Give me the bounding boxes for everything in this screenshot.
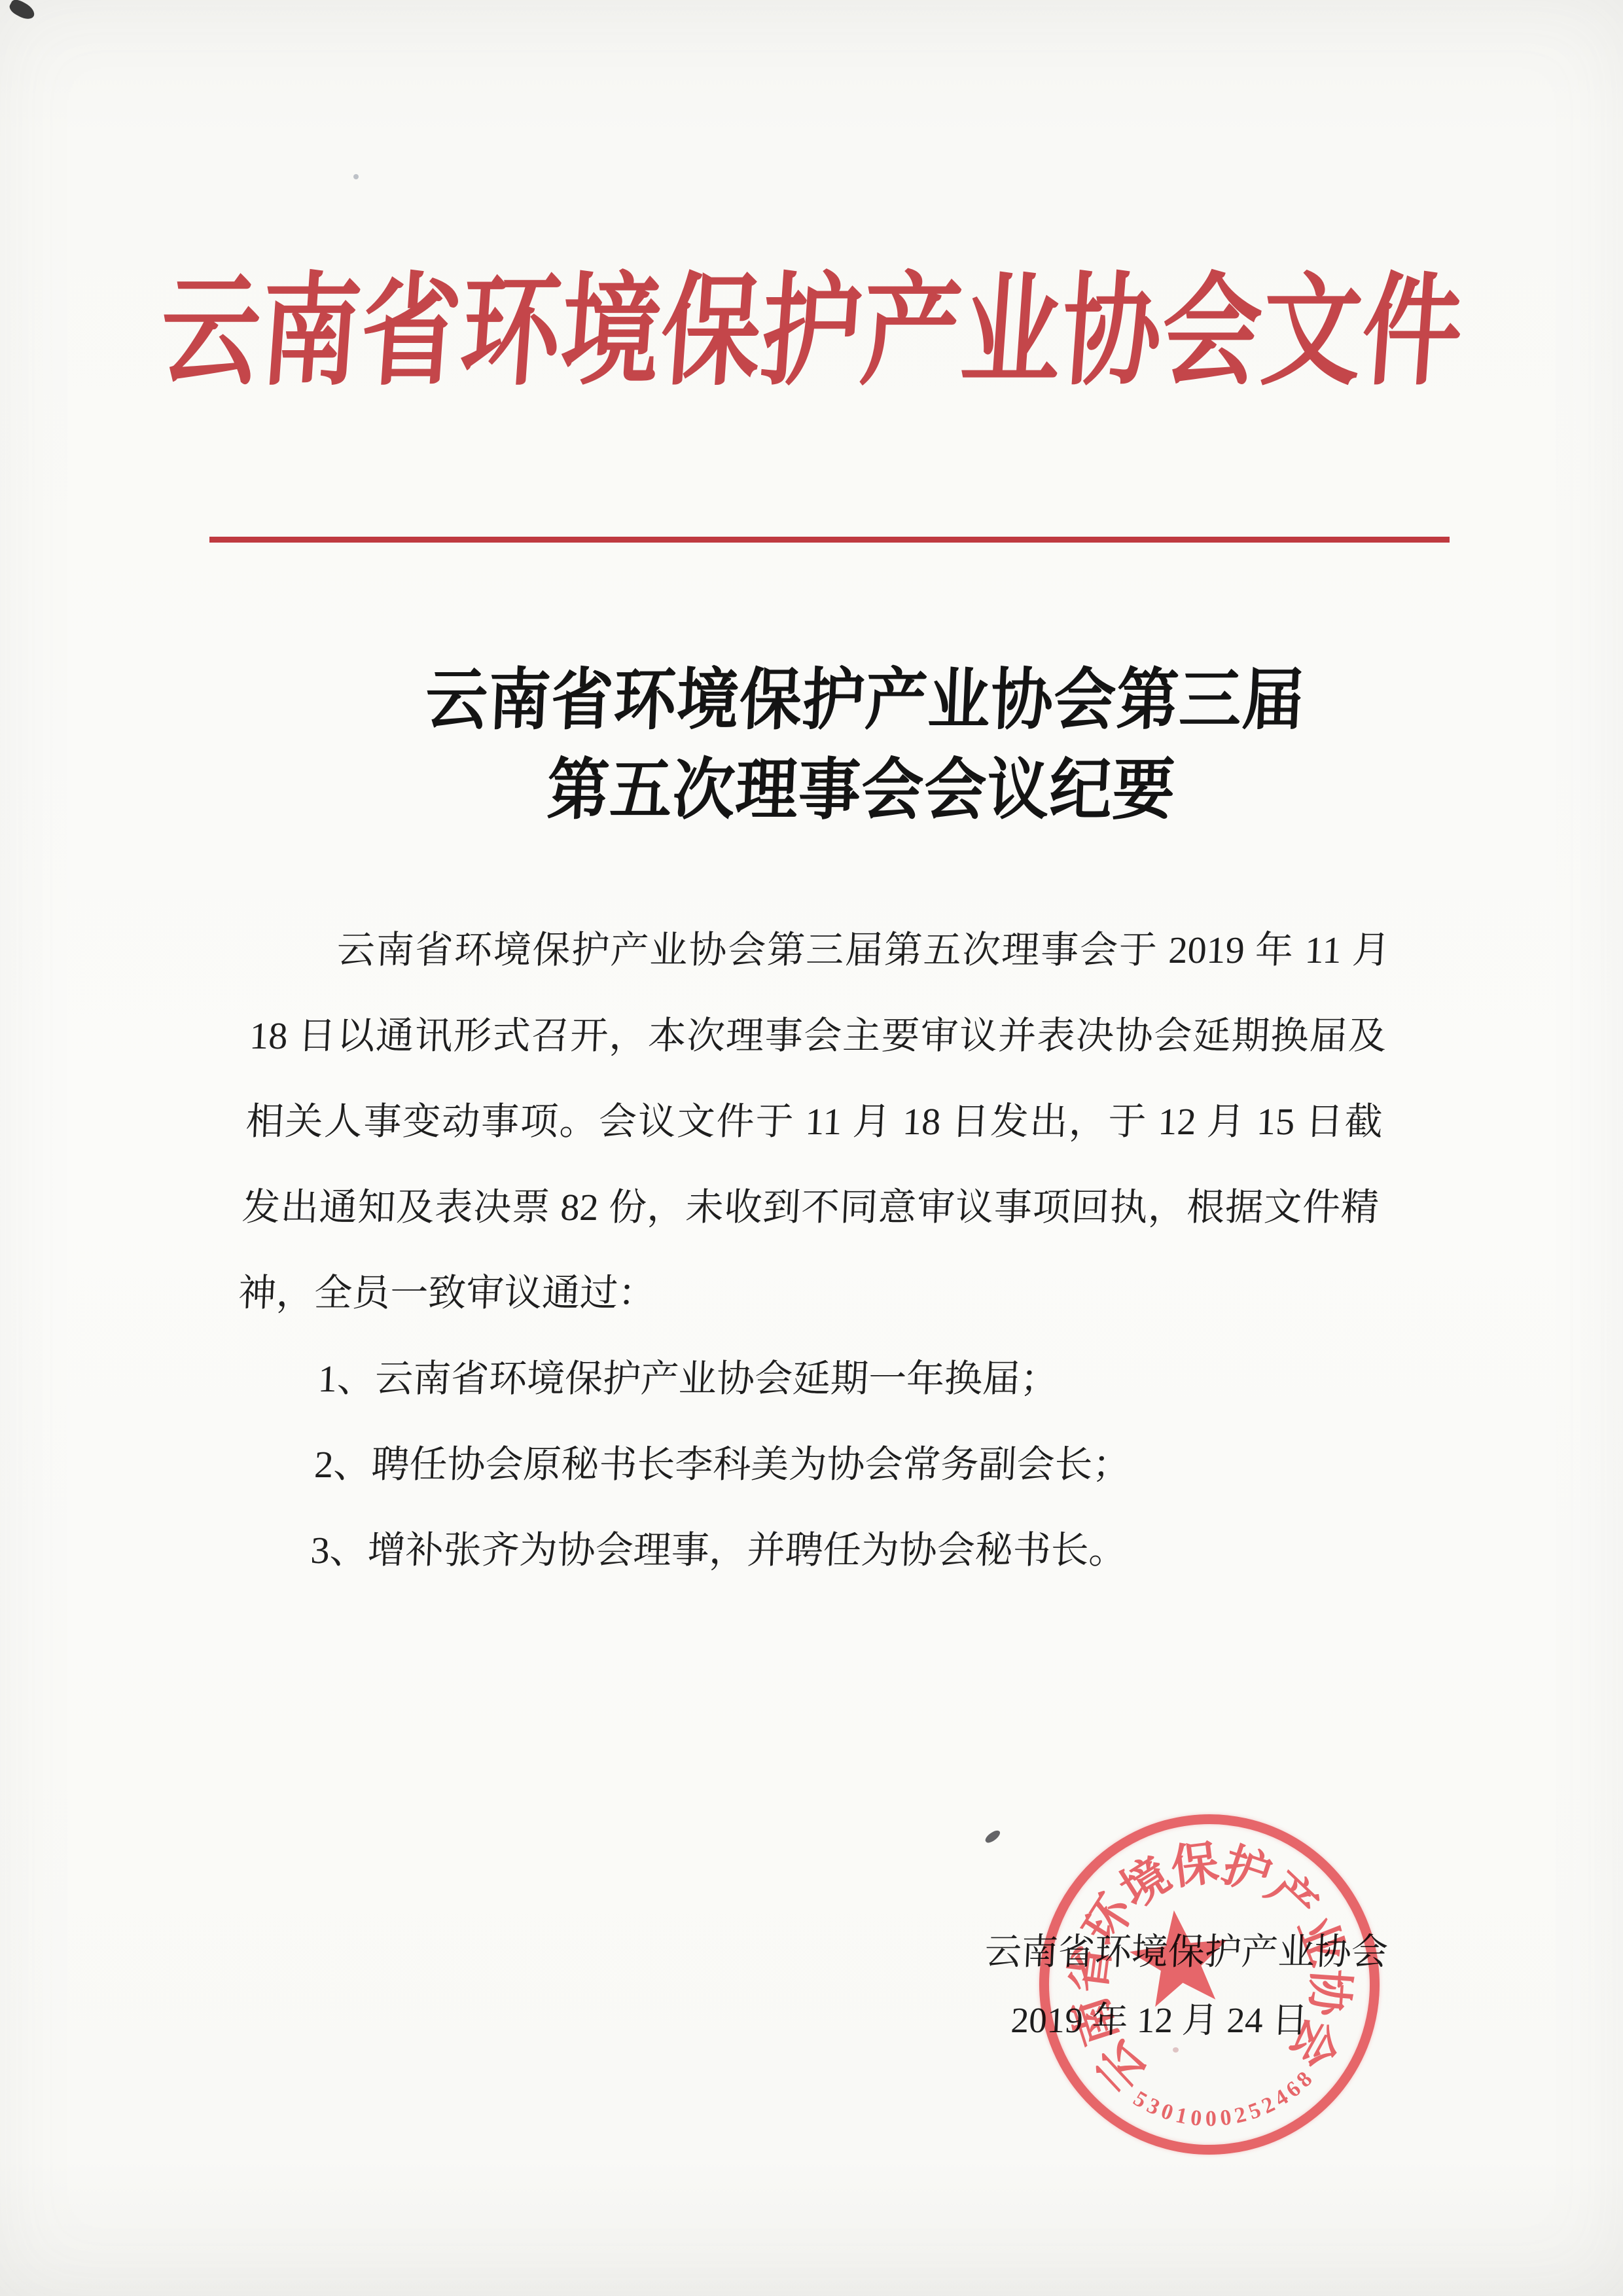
document-title-line2: 第五次理事会会议纪要 <box>103 745 1619 835</box>
body-line: 18 日以通讯形式召开，本次理事会主要审议并表决协会延期换届及 <box>248 993 1389 1079</box>
scan-artifact <box>1173 2047 1179 2053</box>
body-line: 发出通知及表决票 82 份，未收到不同意审议事项回执，根据文件精 <box>240 1164 1381 1250</box>
scan-artifact <box>353 174 359 179</box>
seal-ring-text: 云南省环境保护产业协会 <box>1020 1795 1357 1836</box>
document-body: 云南省环境保护产业协会第三届第五次理事会于 2019 年 11 月 18 日以通… <box>225 907 1392 1593</box>
body-list-item: 1、云南省环境保护产业协会延期一年换届； <box>233 1336 1374 1422</box>
seal-code: 5301000252468 <box>1020 1795 1357 1836</box>
letterhead-divider-line <box>209 537 1450 543</box>
signature-date: 2019 年 12 月 24 日 <box>1010 1991 1309 2043</box>
official-seal-stamp: 云南省环境保护产业协会 5301000252468 <box>1020 1795 1399 2174</box>
signature-org: 云南省环境保护产业协会 <box>984 1923 1389 1975</box>
seal-ring <box>1020 1795 1399 2174</box>
body-line: 云南省环境保护产业协会第三届第五次理事会于 2019 年 11 月 <box>251 907 1392 993</box>
document-page: 云南省环境保护产业协会文件 云南省环境保护产业协会第三届 第五次理事会会议纪要 … <box>0 0 1623 2296</box>
letterhead-title: 云南省环境保护产业协会文件 <box>0 248 1623 418</box>
scan-artifact <box>984 1828 1002 1844</box>
body-line: 相关人事变动事项。会议文件于 11 月 18 日发出，于 12 月 15 日截止… <box>244 1079 1385 1164</box>
body-line: 神，全员一致审议通过： <box>236 1250 1377 1336</box>
body-list-item: 2、聘任协会原秘书长李科美为协会常务副会长； <box>229 1422 1370 1507</box>
document-title: 云南省环境保护产业协会第三届 第五次理事会会议纪要 <box>103 656 1623 835</box>
scan-artifact <box>7 0 37 22</box>
document-title-line1: 云南省环境保护产业协会第三届 <box>107 656 1623 745</box>
body-list-item: 3、增补张齐为协会理事，并聘任为协会秘书长。 <box>225 1507 1366 1593</box>
